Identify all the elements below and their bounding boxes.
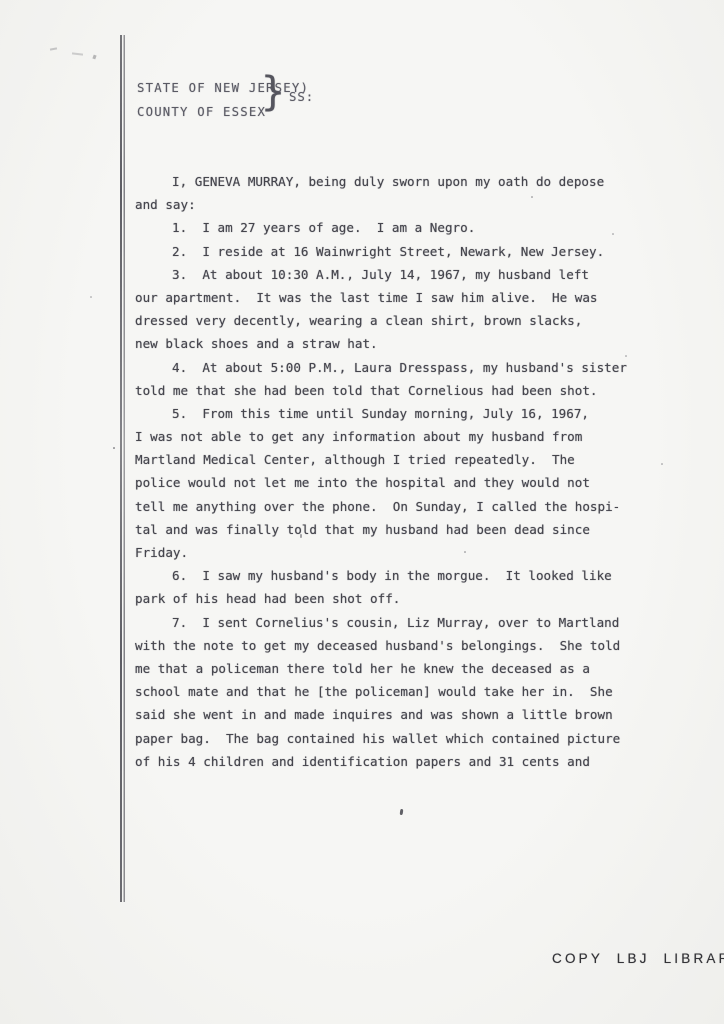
text-line: 4. At about 5:00 P.M., Laura Dresspass, … bbox=[135, 356, 621, 379]
pencil-mark bbox=[92, 55, 96, 60]
pencil-mark bbox=[50, 47, 57, 50]
text-line: tell me anything over the phone. On Sund… bbox=[135, 495, 621, 518]
text-line: I, GENEVA MURRAY, being duly sworn upon … bbox=[135, 170, 621, 193]
pencil-mark bbox=[72, 52, 83, 55]
scan-speck bbox=[90, 296, 92, 298]
text-line: 1. I am 27 years of age. I am a Negro. bbox=[135, 216, 621, 239]
text-line: police would not let me into the hospita… bbox=[135, 471, 621, 494]
scan-speck bbox=[300, 534, 302, 538]
text-line: told me that she had been told that Corn… bbox=[135, 379, 621, 402]
caption-brace: } bbox=[261, 69, 285, 115]
text-line: Martland Medical Center, although I trie… bbox=[135, 448, 621, 471]
scan-speck bbox=[400, 809, 404, 815]
text-line: with the note to get my deceased husband… bbox=[135, 634, 621, 657]
text-line: 6. I saw my husband's body in the morgue… bbox=[135, 564, 621, 587]
text-line: 7. I sent Cornelius's cousin, Liz Murray… bbox=[135, 611, 621, 634]
affidavit-body: I, GENEVA MURRAY, being duly sworn upon … bbox=[135, 170, 621, 773]
text-line: park of his head had been shot off. bbox=[135, 587, 621, 610]
scanned-affidavit-page: STATE OF NEW JERSEY) COUNTY OF ESSEX } S… bbox=[0, 0, 724, 1024]
scan-speck bbox=[113, 447, 115, 449]
text-line: I was not able to get any information ab… bbox=[135, 425, 621, 448]
venue-caption: STATE OF NEW JERSEY) COUNTY OF ESSEX } S… bbox=[137, 76, 309, 124]
text-line: of his 4 children and identification pap… bbox=[135, 750, 621, 773]
text-line: and say: bbox=[135, 193, 621, 216]
text-line: tal and was finally told that my husband… bbox=[135, 518, 621, 541]
scan-speck bbox=[612, 233, 614, 235]
text-line: our apartment. It was the last time I sa… bbox=[135, 286, 621, 309]
text-line: 2. I reside at 16 Wainwright Street, New… bbox=[135, 240, 621, 263]
binding-rule bbox=[120, 35, 126, 902]
ss-abbreviation: SS: bbox=[289, 90, 314, 104]
scan-speck bbox=[661, 463, 663, 465]
text-line: 3. At about 10:30 A.M., July 14, 1967, m… bbox=[135, 263, 621, 286]
scan-speck bbox=[625, 355, 627, 357]
text-line: me that a policeman there told her he kn… bbox=[135, 657, 621, 680]
text-line: 5. From this time until Sunday morning, … bbox=[135, 402, 621, 425]
text-line: paper bag. The bag contained his wallet … bbox=[135, 727, 621, 750]
text-line: new black shoes and a straw hat. bbox=[135, 332, 621, 355]
scan-speck bbox=[531, 196, 533, 198]
copy-stamp: COPY LBJ LIBRARY bbox=[552, 951, 724, 966]
text-line: dressed very decently, wearing a clean s… bbox=[135, 309, 621, 332]
text-line: school mate and that he [the policeman] … bbox=[135, 680, 621, 703]
scan-speck bbox=[464, 551, 466, 553]
text-line: said she went in and made inquires and w… bbox=[135, 703, 621, 726]
text-line: Friday. bbox=[135, 541, 621, 564]
